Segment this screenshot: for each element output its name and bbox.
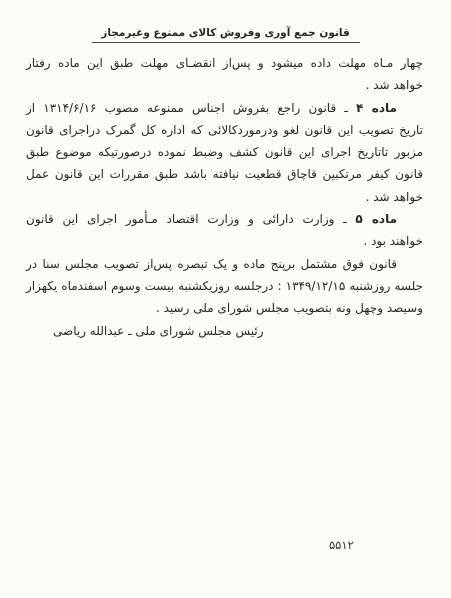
article-4-line: ماده ۴ ـ قانون راجع بفروش اجناس ممنوعه م… bbox=[26, 97, 423, 119]
text-line: چهار مـاه مهلت داده میشود و پس‌از انقضـا… bbox=[26, 52, 423, 74]
ratification-line: جلسه روزشنبه ۱۳۴۹/۱۲/۱۵ : درجلسه روزیکشن… bbox=[26, 275, 423, 297]
article-number-label: ماده ۴ bbox=[356, 101, 397, 115]
title-underline bbox=[92, 42, 360, 43]
paragraph-end-line: خواهد شد . bbox=[26, 186, 423, 208]
page-title: قانون جمع آوری وفروش کالای ممنوع وغیرمجا… bbox=[0, 27, 451, 39]
text-line: مزبور تاتاریخ اجرای این قانون کشف وضبط ن… bbox=[26, 141, 423, 163]
scanned-document-page: قانون جمع آوری وفروش کالای ممنوع وغیرمجا… bbox=[0, 0, 451, 598]
article-5-line: ماده ۵ ـ وزارت دارائی و وزارت اقتصاد مـأ… bbox=[26, 208, 423, 230]
text-line: قانون کیفر مرتکبین قاچاق قطعیت نیافته با… bbox=[26, 163, 423, 185]
ratification-end-line: وسیصد وچهل ونه بتصویب مجلس شورای ملی رسی… bbox=[26, 297, 423, 319]
text-line: تاریخ تصویب این قانون لغو ودرموردکالائی … bbox=[26, 119, 423, 141]
document-body: چهار مـاه مهلت داده میشود و پس‌از انقضـا… bbox=[26, 52, 423, 342]
article-number-label: ماده ۵ bbox=[355, 212, 397, 226]
paragraph-end-line: خواهد شد . bbox=[26, 74, 423, 96]
ratification-line: قانون فوق مشتمل برپنج ماده و یک تبصره پس… bbox=[26, 253, 423, 275]
paragraph-end-line: خواهند بود . bbox=[26, 230, 423, 252]
page-number: ۵۵۱۲ bbox=[329, 538, 354, 552]
signature-line: رئیس مجلس شورای ملی ـ عبدالله ریاضی bbox=[26, 320, 423, 342]
